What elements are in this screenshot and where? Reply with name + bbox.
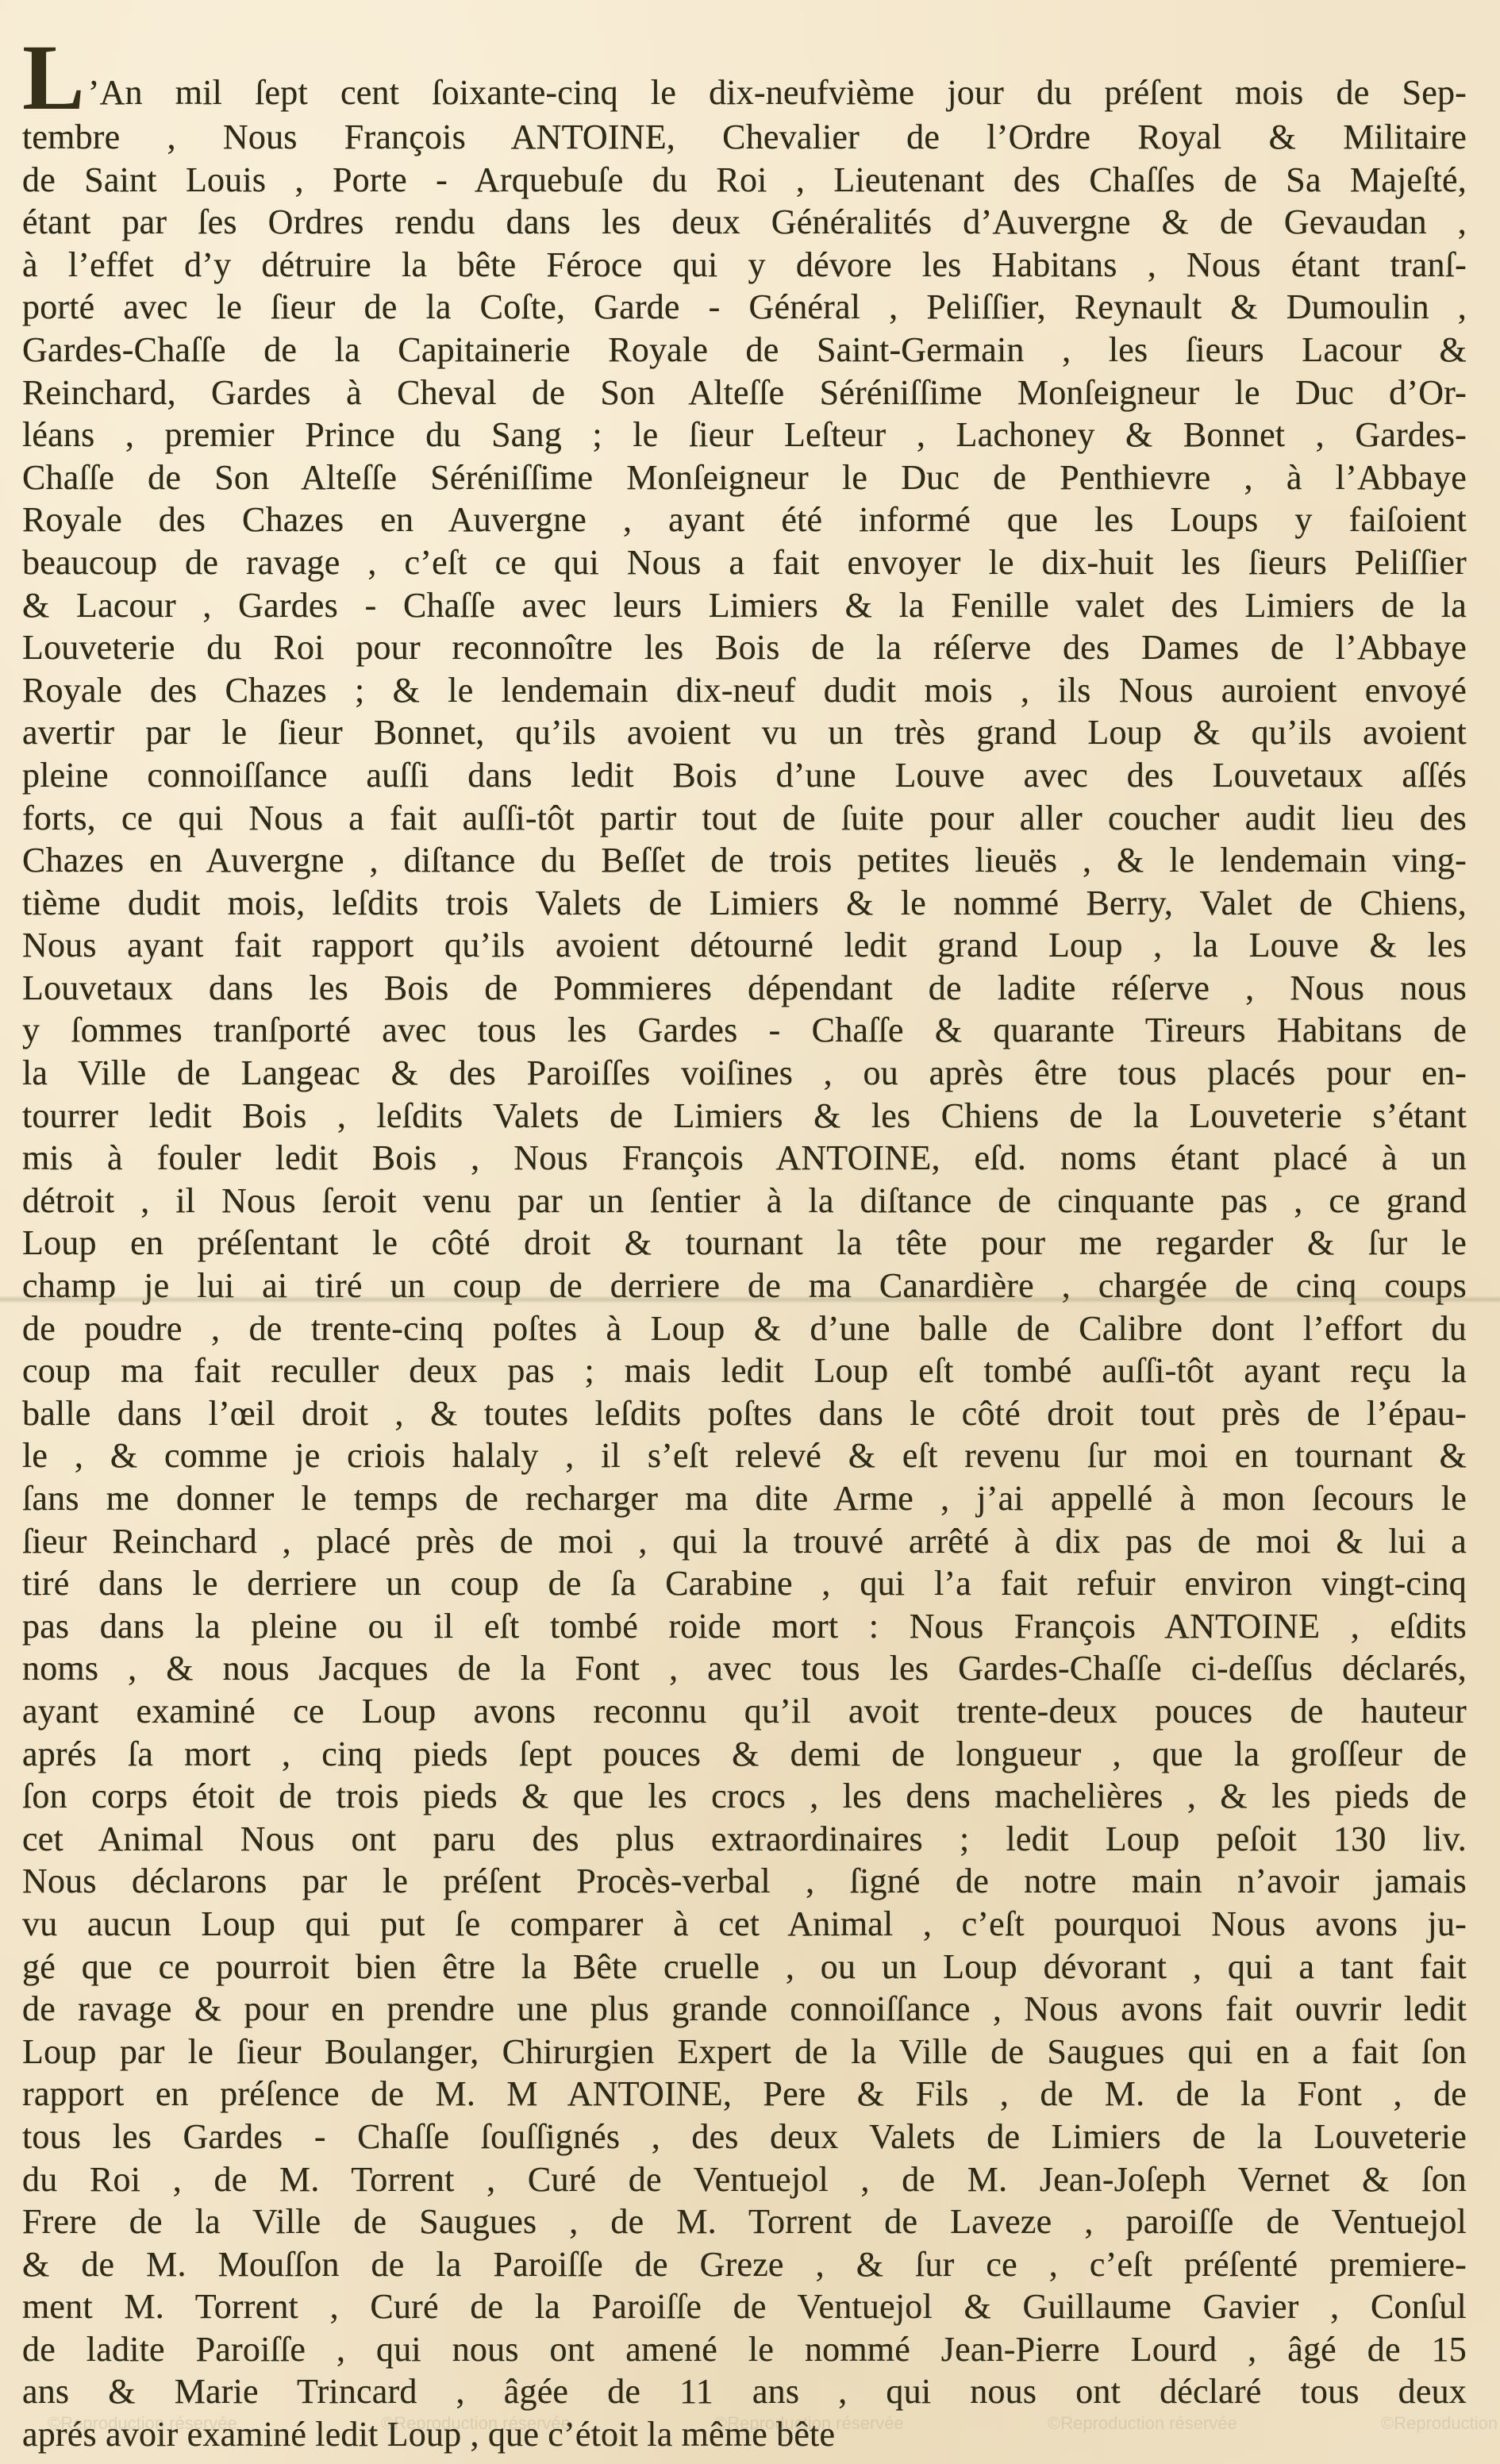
- watermark-text: ©Reproduction réservée: [381, 2413, 571, 2434]
- text-line: ſon corps étoit de trois pieds & que les…: [22, 1775, 1467, 1818]
- text-line: de Saint Louis , Porte - Arquebuſe du Ro…: [22, 159, 1467, 202]
- watermark-text: ©Reproduction réservée: [1381, 2413, 1500, 2434]
- text-line: aprés ſa mort , cinq pieds ſept pouces &…: [22, 1733, 1467, 1776]
- text-line: ayant examiné ce Loup avons reconnu qu’i…: [22, 1690, 1467, 1733]
- first-line: L ’An mil ſept cent ſoixante-cinq le dix…: [22, 29, 1467, 116]
- text-line: détroit , il Nous ſeroit venu par un ſen…: [22, 1180, 1467, 1222]
- text-line: tembre , Nous François ANTOINE, Chevalie…: [22, 116, 1467, 159]
- text-line: beaucoup de ravage , c’eſt ce qui Nous a…: [22, 541, 1467, 584]
- text-line: ment M. Torrent , Curé de la Paroiſſe de…: [22, 2285, 1467, 2328]
- text-line: ans & Marie Trincard , âgée de 11 ans , …: [22, 2370, 1467, 2413]
- text-line: & de M. Mouſſon de la Paroiſſe de Greze …: [22, 2243, 1467, 2286]
- text-line: léans , premier Prince du Sang ; le ſieu…: [22, 414, 1467, 456]
- text-line: ’An mil ſept cent ſoixante-cinq le dix-n…: [88, 71, 1467, 114]
- text-line: rapport en préſence de M. M ANTOINE, Per…: [22, 2073, 1467, 2116]
- text-line: pleine connoiſſance auſſi dans ledit Boi…: [22, 754, 1467, 797]
- text-line: mis à fouler ledit Bois , Nous François …: [22, 1137, 1467, 1180]
- text-line: du Roi , de M. Torrent , Curé de Ventuej…: [22, 2158, 1467, 2201]
- text-line: porté avec le ſieur de la Coſte, Garde -…: [22, 286, 1467, 329]
- text-line: Chaſſe de Son Alteſſe Séréniſſime Monſei…: [22, 456, 1467, 499]
- text-line: Nous ayant fait rapport qu’ils avoient d…: [22, 924, 1467, 967]
- text-line: coup ma fait reculler deux pas ; mais le…: [22, 1349, 1467, 1392]
- text-line: forts, ce qui Nous a fait auſſi-tôt part…: [22, 797, 1467, 840]
- text-line: Loup en préſentant le côté droit & tourn…: [22, 1222, 1467, 1265]
- text-line: Royale des Chazes ; & le lendemain dix-n…: [22, 669, 1467, 712]
- text-line: pas dans la pleine ou il eſt tombé roide…: [22, 1605, 1467, 1648]
- text-line: de ravage & pour en prendre une plus gra…: [22, 1988, 1467, 2031]
- text-line: & Lacour , Gardes - Chaſſe avec leurs Li…: [22, 584, 1467, 627]
- text-line: ſans me donner le temps de recharger ma …: [22, 1477, 1467, 1520]
- text-line: Frere de la Ville de Saugues , de M. Tor…: [22, 2200, 1467, 2243]
- paper-fold-crease: [0, 1296, 1500, 1303]
- text-line: Chazes en Auvergne , diſtance du Beſſet …: [22, 839, 1467, 882]
- text-line: de ladite Paroiſſe , qui nous ont amené …: [22, 2328, 1467, 2371]
- text-line: la Ville de Langeac & des Paroiſſes voiſ…: [22, 1052, 1467, 1095]
- text-line: cet Animal Nous ont paru des plus extrao…: [22, 1818, 1467, 1861]
- text-line: le , & comme je criois halaly , il s’eſt…: [22, 1434, 1467, 1477]
- text-line: à l’effet d’y détruire la bête Féroce qu…: [22, 244, 1467, 287]
- text-line: Nous déclarons par le préſent Procès-ver…: [22, 1860, 1467, 1903]
- text-line: avertir par le ſieur Bonnet, qu’ils avoi…: [22, 711, 1467, 754]
- text-line: Gardes-Chaſſe de la Capitainerie Royale …: [22, 329, 1467, 372]
- text-line: Royale des Chazes en Auvergne , ayant ét…: [22, 499, 1467, 541]
- text-line: Loup par le ſieur Boulanger, Chirurgien …: [22, 2031, 1467, 2073]
- text-line: noms , & nous Jacques de la Font , avec …: [22, 1647, 1467, 1690]
- watermark-text: ©Reproduction réservée: [48, 2413, 237, 2434]
- text-line: y ſommes tranſporté avec tous les Gardes…: [22, 1009, 1467, 1052]
- watermark-text: ©Reproduction réservée: [1048, 2413, 1237, 2434]
- document-page: L ’An mil ſept cent ſoixante-cinq le dix…: [22, 29, 1467, 2456]
- text-line: balle dans l’œil droit , & toutes leſdit…: [22, 1392, 1467, 1435]
- text-line: étant par ſes Ordres rendu dans les deux…: [22, 201, 1467, 244]
- text-line: Reinchard, Gardes à Cheval de Son Alteſſ…: [22, 372, 1467, 414]
- text-line: tième dudit mois, leſdits trois Valets d…: [22, 882, 1467, 925]
- text-line: gé que ce pourroit bien être la Bête cru…: [22, 1946, 1467, 1989]
- drop-cap: L: [22, 40, 85, 116]
- text-line: tous les Gardes - Chaſſe ſouſſignés , de…: [22, 2116, 1467, 2158]
- text-line: tourrer ledit Bois , leſdits Valets de L…: [22, 1095, 1467, 1138]
- text-line: de poudre , de trente-cinq poſtes à Loup…: [22, 1307, 1467, 1350]
- text-line: tiré dans le derriere un coup de ſa Cara…: [22, 1562, 1467, 1605]
- text-line: Louvetaux dans les Bois de Pommieres dép…: [22, 967, 1467, 1010]
- document-body: tembre , Nous François ANTOINE, Chevalie…: [22, 116, 1467, 2456]
- text-line: Louveterie du Roi pour reconnoître les B…: [22, 626, 1467, 669]
- text-line: ſieur Reinchard , placé près de moi , qu…: [22, 1520, 1467, 1563]
- text-line: vu aucun Loup qui put ſe comparer à cet …: [22, 1903, 1467, 1946]
- watermark-text: ©Reproduction réservée: [714, 2413, 904, 2434]
